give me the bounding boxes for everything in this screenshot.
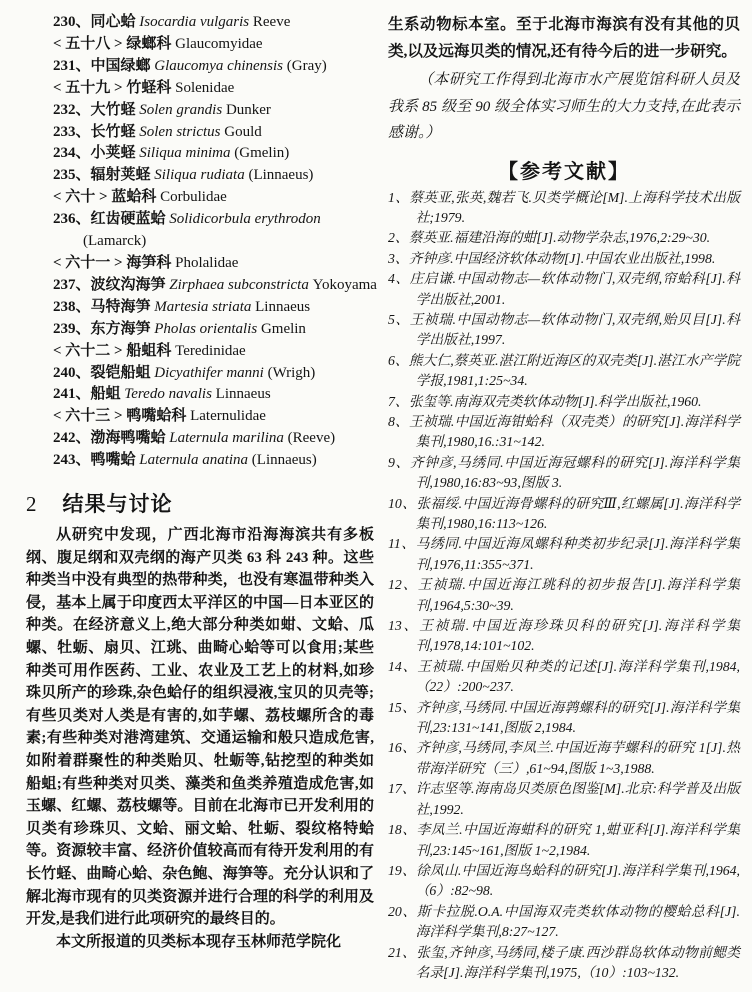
species-item: 237、波纹沟海笋 Zirphaea subconstricta Yokoyam…	[53, 275, 374, 297]
species-author: Dunker	[226, 102, 271, 118]
acknowledgment-paragraph: （本研究工作得到北海市水产展览馆科研人员及我系 85 级至 90 级全体实习师生…	[388, 67, 740, 147]
species-chinese-name: 239、东方海笋	[53, 321, 154, 337]
species-chinese-name: < 六十三 > 鸭嘴蛤科	[53, 408, 190, 424]
species-author: Linnaeus	[216, 386, 271, 402]
species-author: Pholalidae	[175, 255, 238, 271]
reference-item: 3、齐钟彦.中国经济软体动物[J].中国农业出版社,1998.	[388, 249, 740, 269]
species-item: 239、东方海笋 Pholas orientalis Gmelin	[53, 319, 374, 341]
species-author: Gould	[224, 124, 262, 140]
reference-item: 1、蔡英亚,张英,魏若飞.贝类学概论[M].上海科学技术出版社;1979.	[388, 188, 740, 229]
species-item: < 六十二 > 船蛆科 Teredinidae	[53, 341, 374, 363]
reference-item: 17、许志坚等.海南岛贝类原色图鉴[M].北京:科学普及出版社,1992.	[388, 779, 740, 820]
species-chinese-name: 233、长竹蛏	[53, 124, 139, 140]
references-list: 1、蔡英亚,张英,魏若飞.贝类学概论[M].上海科学技术出版社;1979.2、蔡…	[388, 188, 740, 984]
species-item: < 五十八 > 绿螂科 Glaucomyidae	[53, 34, 374, 56]
species-chinese-name: 232、大竹蛏	[53, 102, 139, 118]
species-latin-name: Dicyathifer manni	[154, 365, 267, 381]
species-chinese-name: 230、同心蛤	[53, 14, 139, 30]
reference-item: 2、蔡英亚.福建沿海的蚶[J].动物学杂志,1976,2:29~30.	[388, 228, 740, 248]
species-chinese-name: 231、中国绿螂	[53, 58, 154, 74]
species-item: < 六十 > 蓝蛤科 Corbulidae	[53, 187, 374, 209]
reference-item: 4、庄启谦.中国动物志—软体动物门,双壳纲,帘蛤科[J].科学出版社,2001.	[388, 269, 740, 310]
species-item: 230、同心蛤 Isocardia vulgaris Reeve	[53, 12, 374, 34]
species-item: < 六十一 > 海笋科 Pholalidae	[53, 253, 374, 275]
species-item: 240、裂铠船蛆 Dicyathifer manni (Wrigh)	[53, 363, 374, 385]
results-paragraph-1: 从研究中发现，广西北海市沿海海滨共有多板纲、腹足纲和双壳纲的海产贝类 63 科 …	[26, 524, 374, 931]
reference-item: 14、王祯瑞.中国贻贝种类的记述[J].海洋科学集刊,1984,（22）:200…	[388, 657, 740, 698]
reference-item: 13、王祯瑞.中国近海珍珠贝科的研究[J].海洋科学集刊,1978,14:101…	[388, 616, 740, 657]
reference-item: 7、张玺等.南海双壳类软体动物[J].科学出版社,1960.	[388, 392, 740, 412]
species-chinese-name: 241、船蛆	[53, 386, 124, 402]
species-author: Laternulidae	[190, 408, 266, 424]
species-item: 231、中国绿螂 Glaucomya chinensis (Gray)	[53, 56, 374, 78]
species-author: (Lamarck)	[83, 233, 146, 249]
section-title: 结果与讨论	[63, 492, 173, 516]
species-item: 243、鸭嘴蛤 Laternula anatina (Linnaeus)	[53, 450, 374, 472]
species-chinese-name: 242、渤海鸭嘴蛤	[53, 430, 169, 446]
species-latin-name: Teredo navalis	[124, 386, 215, 402]
reference-item: 15、齐钟彦,马绣同.中国近海鹑螺科的研究[J].海洋科学集刊,23:131~1…	[388, 698, 740, 739]
species-author: Solenidae	[175, 80, 234, 96]
species-author: Linnaeus	[255, 299, 310, 315]
reference-item: 9、齐钟彦,马绣同.中国近海冠螺科的研究[J].海洋科学集刊,1980,16:8…	[388, 453, 740, 494]
species-author: Reeve	[253, 14, 290, 30]
species-latin-name: Solen grandis	[139, 102, 226, 118]
species-chinese-name: 243、鸭嘴蛤	[53, 452, 139, 468]
reference-item: 18、李凤兰.中国近海蚶科的研究 1,蚶亚科[J].海洋科学集刊,23:145~…	[388, 820, 740, 861]
reference-item: 8、王祯瑞.中国近海钳蛤科（双壳类）的研究[J].海洋科学集刊,1980,16.…	[388, 412, 740, 453]
species-latin-name: Siliqua rudiata	[154, 167, 248, 183]
species-item: 236、红齿硬蓝蛤 Solidicorbula erythrodon	[53, 209, 374, 231]
species-author: (Reeve)	[288, 430, 335, 446]
species-chinese-name: < 五十八 > 绿螂科	[53, 36, 175, 52]
species-item: 241、船蛆 Teredo navalis Linnaeus	[53, 384, 374, 406]
species-author: Teredinidae	[175, 343, 246, 359]
references-heading: 【参考文献】	[388, 155, 740, 184]
reference-item: 20、斯卡拉脱.O.A.中国海双壳类软体动物的樱蛤总科[J].海洋科学集刊,8:…	[388, 902, 740, 943]
results-paragraph-2: 本文所报道的贝类标本现存玉林师范学院化	[26, 931, 374, 954]
species-item: (Lamarck)	[53, 231, 374, 253]
species-item: < 五十九 > 竹蛏科 Solenidae	[53, 78, 374, 100]
species-latin-name: Martesia striata	[154, 299, 255, 315]
species-chinese-name: < 六十 > 蓝蛤科	[53, 189, 160, 205]
species-chinese-name: 236、红齿硬蓝蛤	[53, 211, 169, 227]
species-author: Corbulidae	[160, 189, 227, 205]
species-author: (Wrigh)	[268, 365, 316, 381]
species-item: 234、小荚蛏 Siliqua minima (Gmelin)	[53, 143, 374, 165]
species-chinese-name: < 六十二 > 船蛆科	[53, 343, 175, 359]
section-number: 2	[26, 492, 37, 516]
species-chinese-name: 238、马特海笋	[53, 299, 154, 315]
species-latin-name: Isocardia vulgaris	[139, 14, 253, 30]
species-chinese-name: 240、裂铠船蛆	[53, 365, 154, 381]
reference-item: 10、张福绥.中国近海骨螺科的研究Ⅲ,红螺属[J].海洋科学集刊,1980,16…	[388, 494, 740, 535]
reference-item: 6、熊大仁,蔡英亚.湛江附近海区的双壳类[J].湛江水产学院学报,1981,1:…	[388, 351, 740, 392]
species-chinese-name: < 六十一 > 海笋科	[53, 255, 175, 271]
species-list: 230、同心蛤 Isocardia vulgaris Reeve< 五十八 > …	[26, 12, 374, 472]
species-latin-name: Solen strictus	[139, 124, 224, 140]
species-author: (Gmelin)	[234, 145, 289, 161]
species-item: 233、长竹蛏 Solen strictus Gould	[53, 122, 374, 144]
species-item: 232、大竹蛏 Solen grandis Dunker	[53, 100, 374, 122]
species-author: (Gray)	[287, 58, 327, 74]
species-item: < 六十三 > 鸭嘴蛤科 Laternulidae	[53, 406, 374, 428]
species-author: Yokoyama	[313, 277, 377, 293]
species-latin-name: Laternula marilina	[169, 430, 287, 446]
species-latin-name: Laternula anatina	[139, 452, 252, 468]
reference-item: 11、马绣同.中国近海凤螺科种类初步纪录[J].海洋科学集刊,1976,11:3…	[388, 534, 740, 575]
species-item: 238、马特海笋 Martesia striata Linnaeus	[53, 297, 374, 319]
species-author: Gmelin	[261, 321, 306, 337]
species-chinese-name: 235、辐射荚蛏	[53, 167, 154, 183]
species-latin-name: Glaucomya chinensis	[154, 58, 286, 74]
species-chinese-name: 234、小荚蛏	[53, 145, 139, 161]
reference-item: 16、齐钟彦,马绣同,李凤兰.中国近海芋螺科的研究 1[J].热带海洋研究（三）…	[388, 738, 740, 779]
continuation-paragraph: 生系动物标本室。至于北海市海滨有没有其他的贝类,以及远海贝类的情况,还有待今后的…	[388, 12, 740, 65]
species-item: 235、辐射荚蛏 Siliqua rudiata (Linnaeus)	[53, 165, 374, 187]
species-latin-name: Solidicorbula erythrodon	[169, 211, 321, 227]
species-author: Glaucomyidae	[175, 36, 262, 52]
species-latin-name: Siliqua minima	[139, 145, 234, 161]
species-chinese-name: < 五十九 > 竹蛏科	[53, 80, 175, 96]
reference-item: 5、王祯瑞.中国动物志—软体动物门,双壳纲,贻贝目[J].科学出版社,1997.	[388, 310, 740, 351]
reference-item: 21、张玺,齐钟彦,马绣同,楼子康.西沙群岛软体动物前鳃类名录[J].海洋科学集…	[388, 943, 740, 984]
section-heading: 2结果与讨论	[26, 488, 374, 518]
scanned-paper-page: 230、同心蛤 Isocardia vulgaris Reeve< 五十八 > …	[0, 0, 752, 992]
species-author: (Linnaeus)	[248, 167, 313, 183]
species-author: (Linnaeus)	[252, 452, 317, 468]
reference-item: 12、王祯瑞.中国近海江珧科的初步报告[J].海洋科学集刊,1964,5:30~…	[388, 575, 740, 616]
left-column: 230、同心蛤 Isocardia vulgaris Reeve< 五十八 > …	[26, 12, 374, 953]
reference-item: 19、徐凤山.中国近海鸟蛤科的研究[J].海洋科学集刊,1964,（6）:82~…	[388, 861, 740, 902]
species-chinese-name: 237、波纹沟海笋	[53, 277, 169, 293]
right-column: 生系动物标本室。至于北海市海滨有没有其他的贝类,以及远海贝类的情况,还有待今后的…	[388, 12, 740, 983]
species-latin-name: Zirphaea subconstricta	[169, 277, 312, 293]
species-latin-name: Pholas orientalis	[154, 321, 261, 337]
species-item: 242、渤海鸭嘴蛤 Laternula marilina (Reeve)	[53, 428, 374, 450]
